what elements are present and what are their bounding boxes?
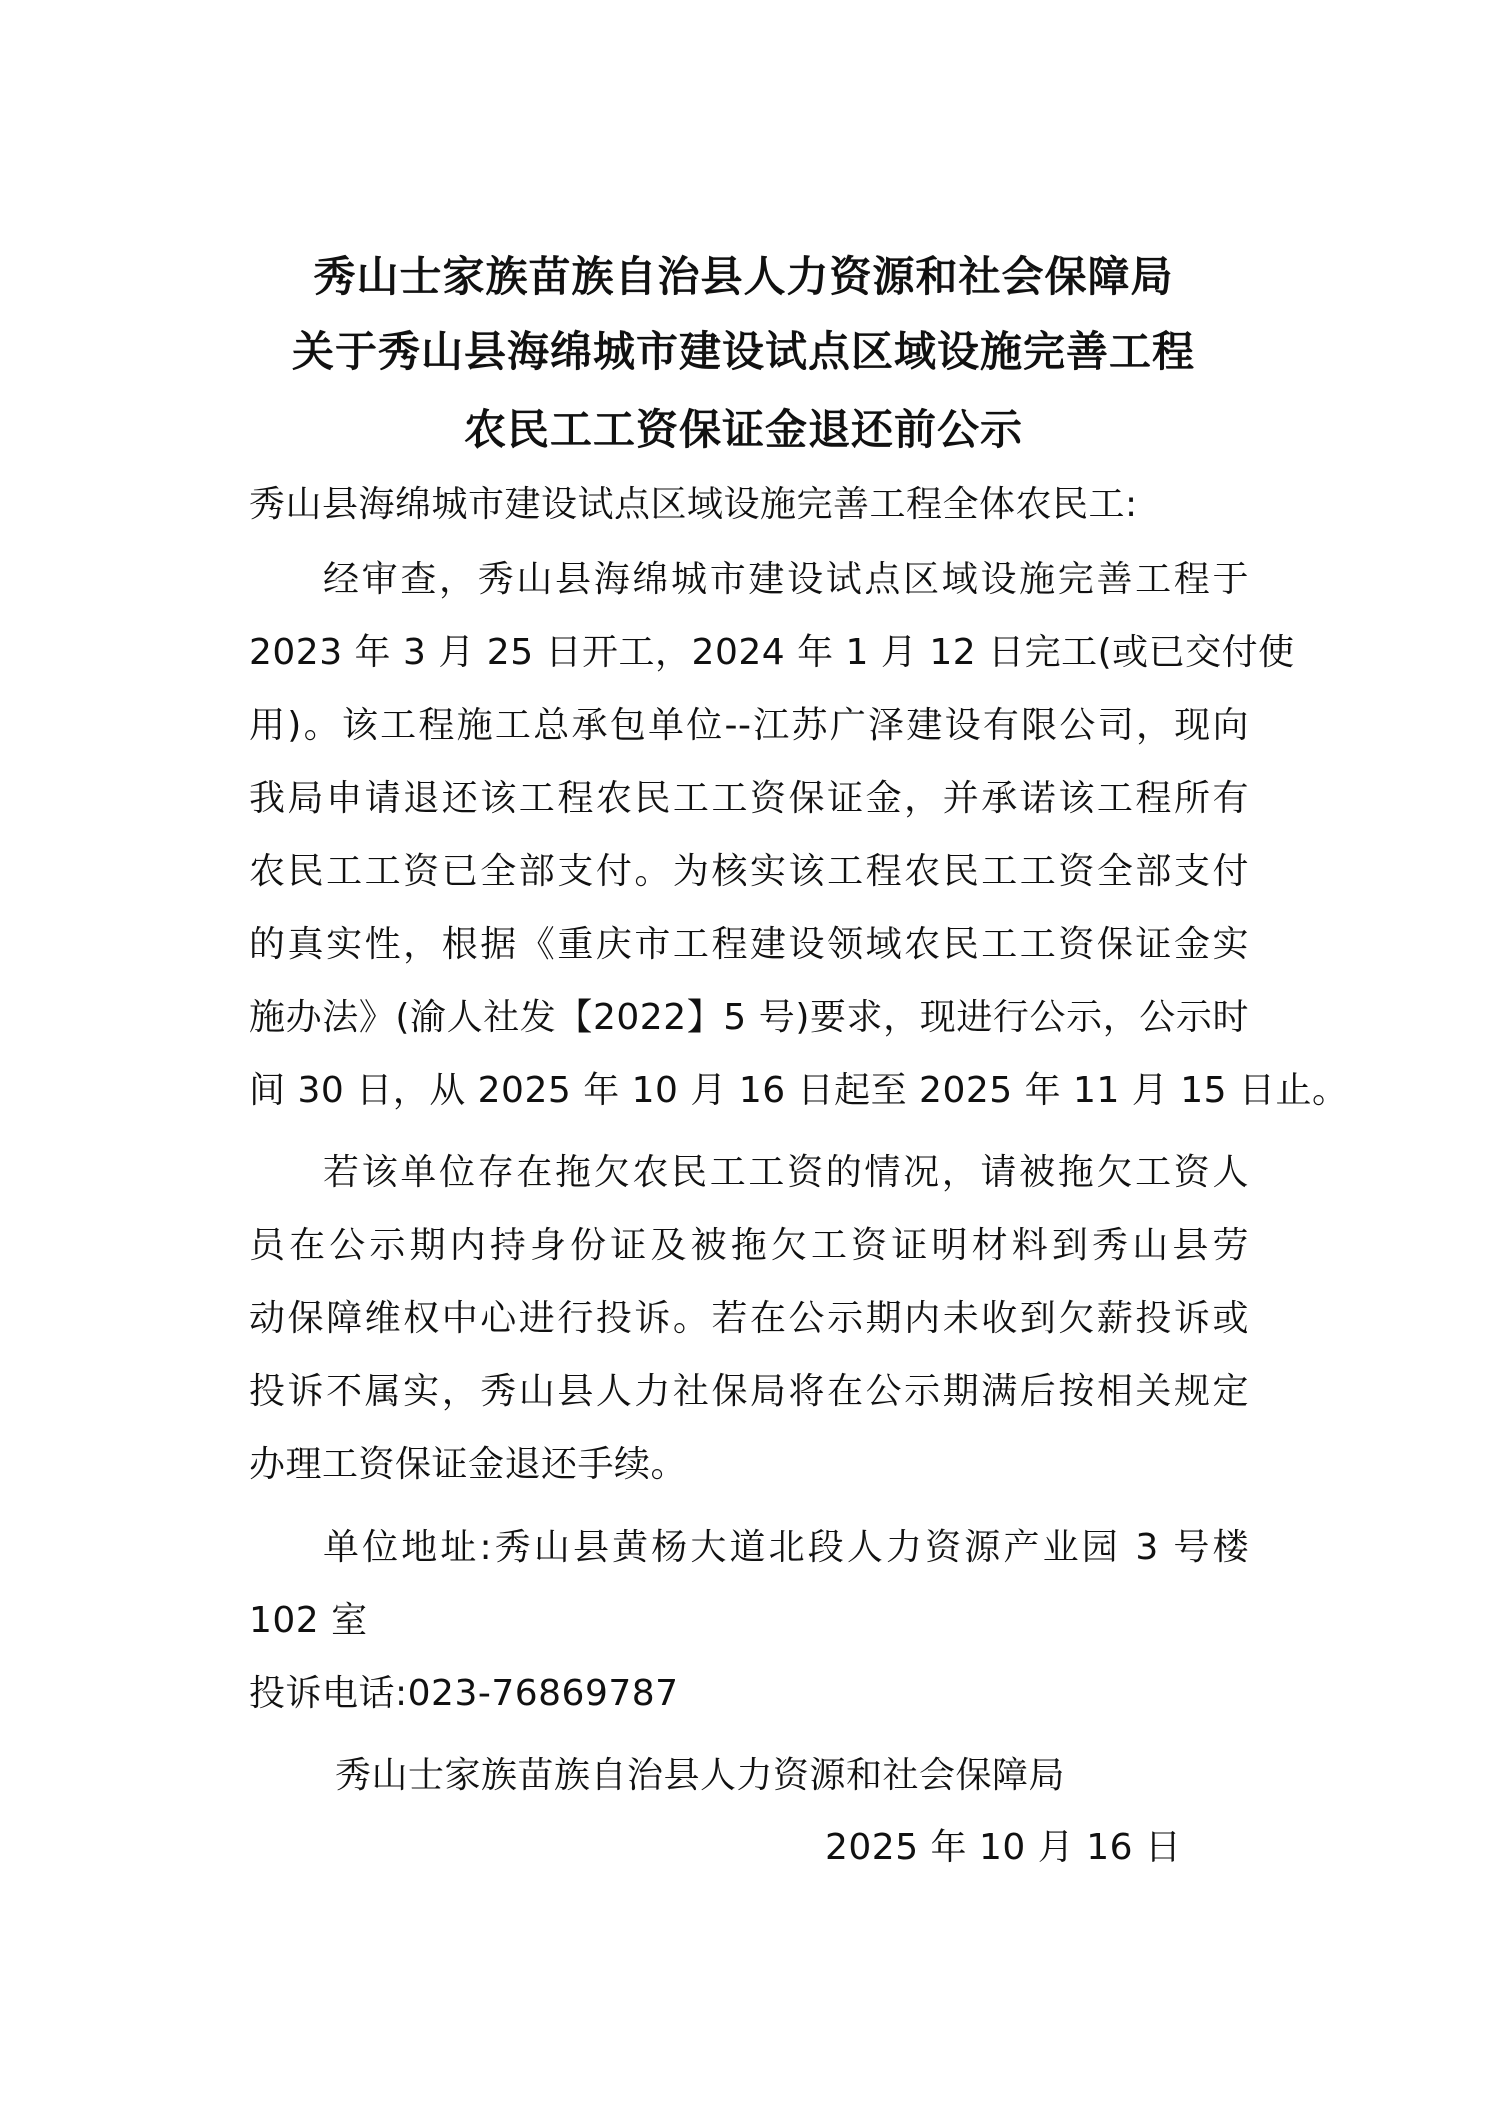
- paragraph2-line: 办理工资保证金退还手续。: [249, 1437, 1249, 1493]
- paragraph1-line: 2023 年 3 月 25 日开工，2024 年 1 月 12 日完工(或已交付…: [249, 625, 1249, 681]
- paragraph1-line: 用)。该工程施工总承包单位--江苏广泽建设有限公司，现向: [249, 698, 1249, 754]
- paragraph1-line: 农民工工资已全部支付。为核实该工程农民工工资全部支付: [249, 844, 1249, 900]
- paragraph2-line: 员在公示期内持身份证及被拖欠工资证明材料到秀山县劳: [249, 1218, 1249, 1274]
- paragraph2-line: 投诉不属实，秀山县人力社保局将在公示期满后按相关规定: [249, 1364, 1249, 1420]
- signature-organization: 秀山士家族苗族自治县人力资源和社会保障局: [335, 1748, 1215, 1804]
- paragraph1-line: 施办法》(渝人社发【2022】5 号)要求，现进行公示，公示时: [249, 990, 1249, 1046]
- paragraph1-line: 经审查，秀山县海绵城市建设试点区域设施完善工程于: [323, 552, 1249, 608]
- complaint-phone: 投诉电话:023-76869787: [249, 1666, 1249, 1722]
- paragraph1-line: 的真实性，根据《重庆市工程建设领域农民工工资保证金实: [249, 917, 1249, 973]
- paragraph2-line: 动保障维权中心进行投诉。若在公示期内未收到欠薪投诉或: [249, 1291, 1249, 1347]
- title-line-1: 秀山士家族苗族自治县人力资源和社会保障局: [0, 247, 1487, 307]
- paragraph1-line: 间 30 日，从 2025 年 10 月 16 日起至 2025 年 11 月 …: [249, 1063, 1249, 1119]
- address-line: 102 室: [249, 1593, 1249, 1649]
- salutation: 秀山县海绵城市建设试点区域设施完善工程全体农民工:: [249, 477, 1249, 533]
- paragraph1-line: 我局申请退还该工程农民工工资保证金，并承诺该工程所有: [249, 771, 1249, 827]
- address-line: 单位地址:秀山县黄杨大道北段人力资源产业园 3 号楼: [323, 1520, 1249, 1576]
- title-line-2: 关于秀山县海绵城市建设试点区域设施完善工程: [0, 322, 1487, 382]
- paragraph2-line: 若该单位存在拖欠农民工工资的情况，请被拖欠工资人: [323, 1145, 1249, 1201]
- signature-date: 2025 年 10 月 16 日: [825, 1820, 1225, 1876]
- title-line-3: 农民工工资保证金退还前公示: [0, 400, 1487, 460]
- document-page: 秀山士家族苗族自治县人力资源和社会保障局 关于秀山县海绵城市建设试点区域设施完善…: [0, 0, 1487, 2105]
